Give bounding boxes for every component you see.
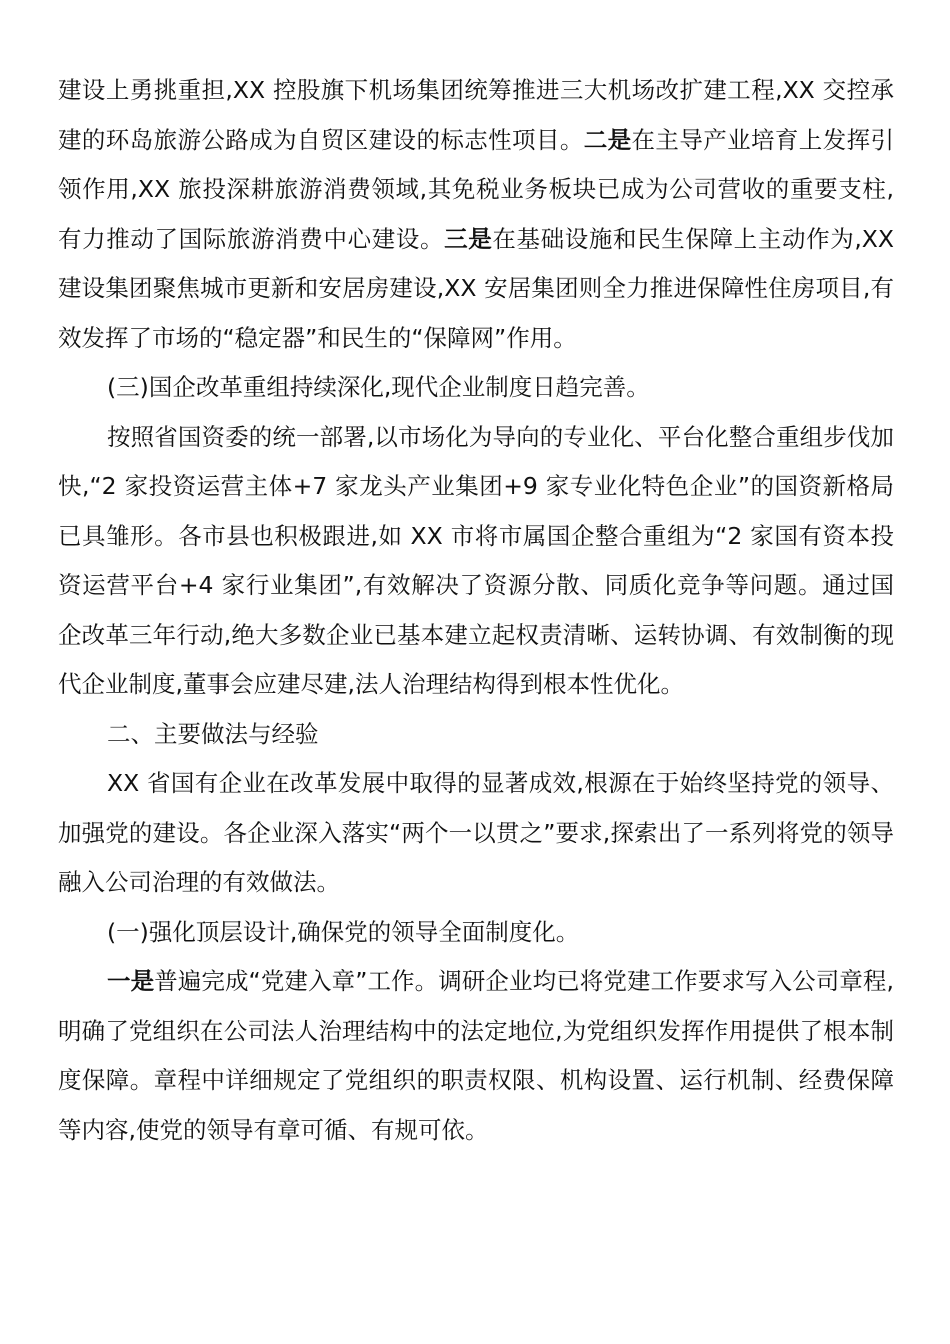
section-heading-practices: 二、主要做法与经验	[58, 710, 894, 760]
paragraph-industry-roles: 建设上勇挑重担,XX 控股旗下机场集团统筹推进三大机场改扩建工程,XX 交控承建…	[58, 66, 894, 363]
document-page: 建设上勇挑重担,XX 控股旗下机场集团统筹推进三大机场改扩建工程,XX 交控承建…	[58, 66, 894, 1155]
heading-text: 二、主要做法与经验	[107, 720, 319, 748]
paragraph-text: 普遍完成“党建入章”工作。调研企业均已将党建工作要求写入公司章程,明确了党组织在…	[58, 967, 894, 1144]
emphasis-label-third: 三是	[444, 225, 492, 253]
paragraph-restructuring: 按照省国资委的统一部署,以市场化为导向的专业化、平台化整合重组步伐加快,“2 家…	[58, 413, 894, 710]
heading-text: (一)强化顶层设计,确保党的领导全面制度化。	[107, 918, 579, 946]
section-heading-top-design: (一)强化顶层设计,确保党的领导全面制度化。	[58, 908, 894, 958]
paragraph-charter: 一是普遍完成“党建入章”工作。调研企业均已将党建工作要求写入公司章程,明确了党组…	[58, 957, 894, 1155]
paragraph-party-leadership: XX 省国有企业在改革发展中取得的显著成效,根源在于始终坚持党的领导、加强党的建…	[58, 759, 894, 908]
heading-text: (三)国企改革重组持续深化,现代企业制度日趋完善。	[107, 373, 650, 401]
emphasis-label-second: 二是	[584, 126, 632, 154]
paragraph-text: XX 省国有企业在改革发展中取得的显著成效,根源在于始终坚持党的领导、加强党的建…	[58, 769, 894, 896]
paragraph-text: 按照省国资委的统一部署,以市场化为导向的专业化、平台化整合重组步伐加快,“2 家…	[58, 423, 894, 699]
emphasis-label-first: 一是	[107, 967, 154, 995]
section-heading-reform: (三)国企改革重组持续深化,现代企业制度日趋完善。	[58, 363, 894, 413]
